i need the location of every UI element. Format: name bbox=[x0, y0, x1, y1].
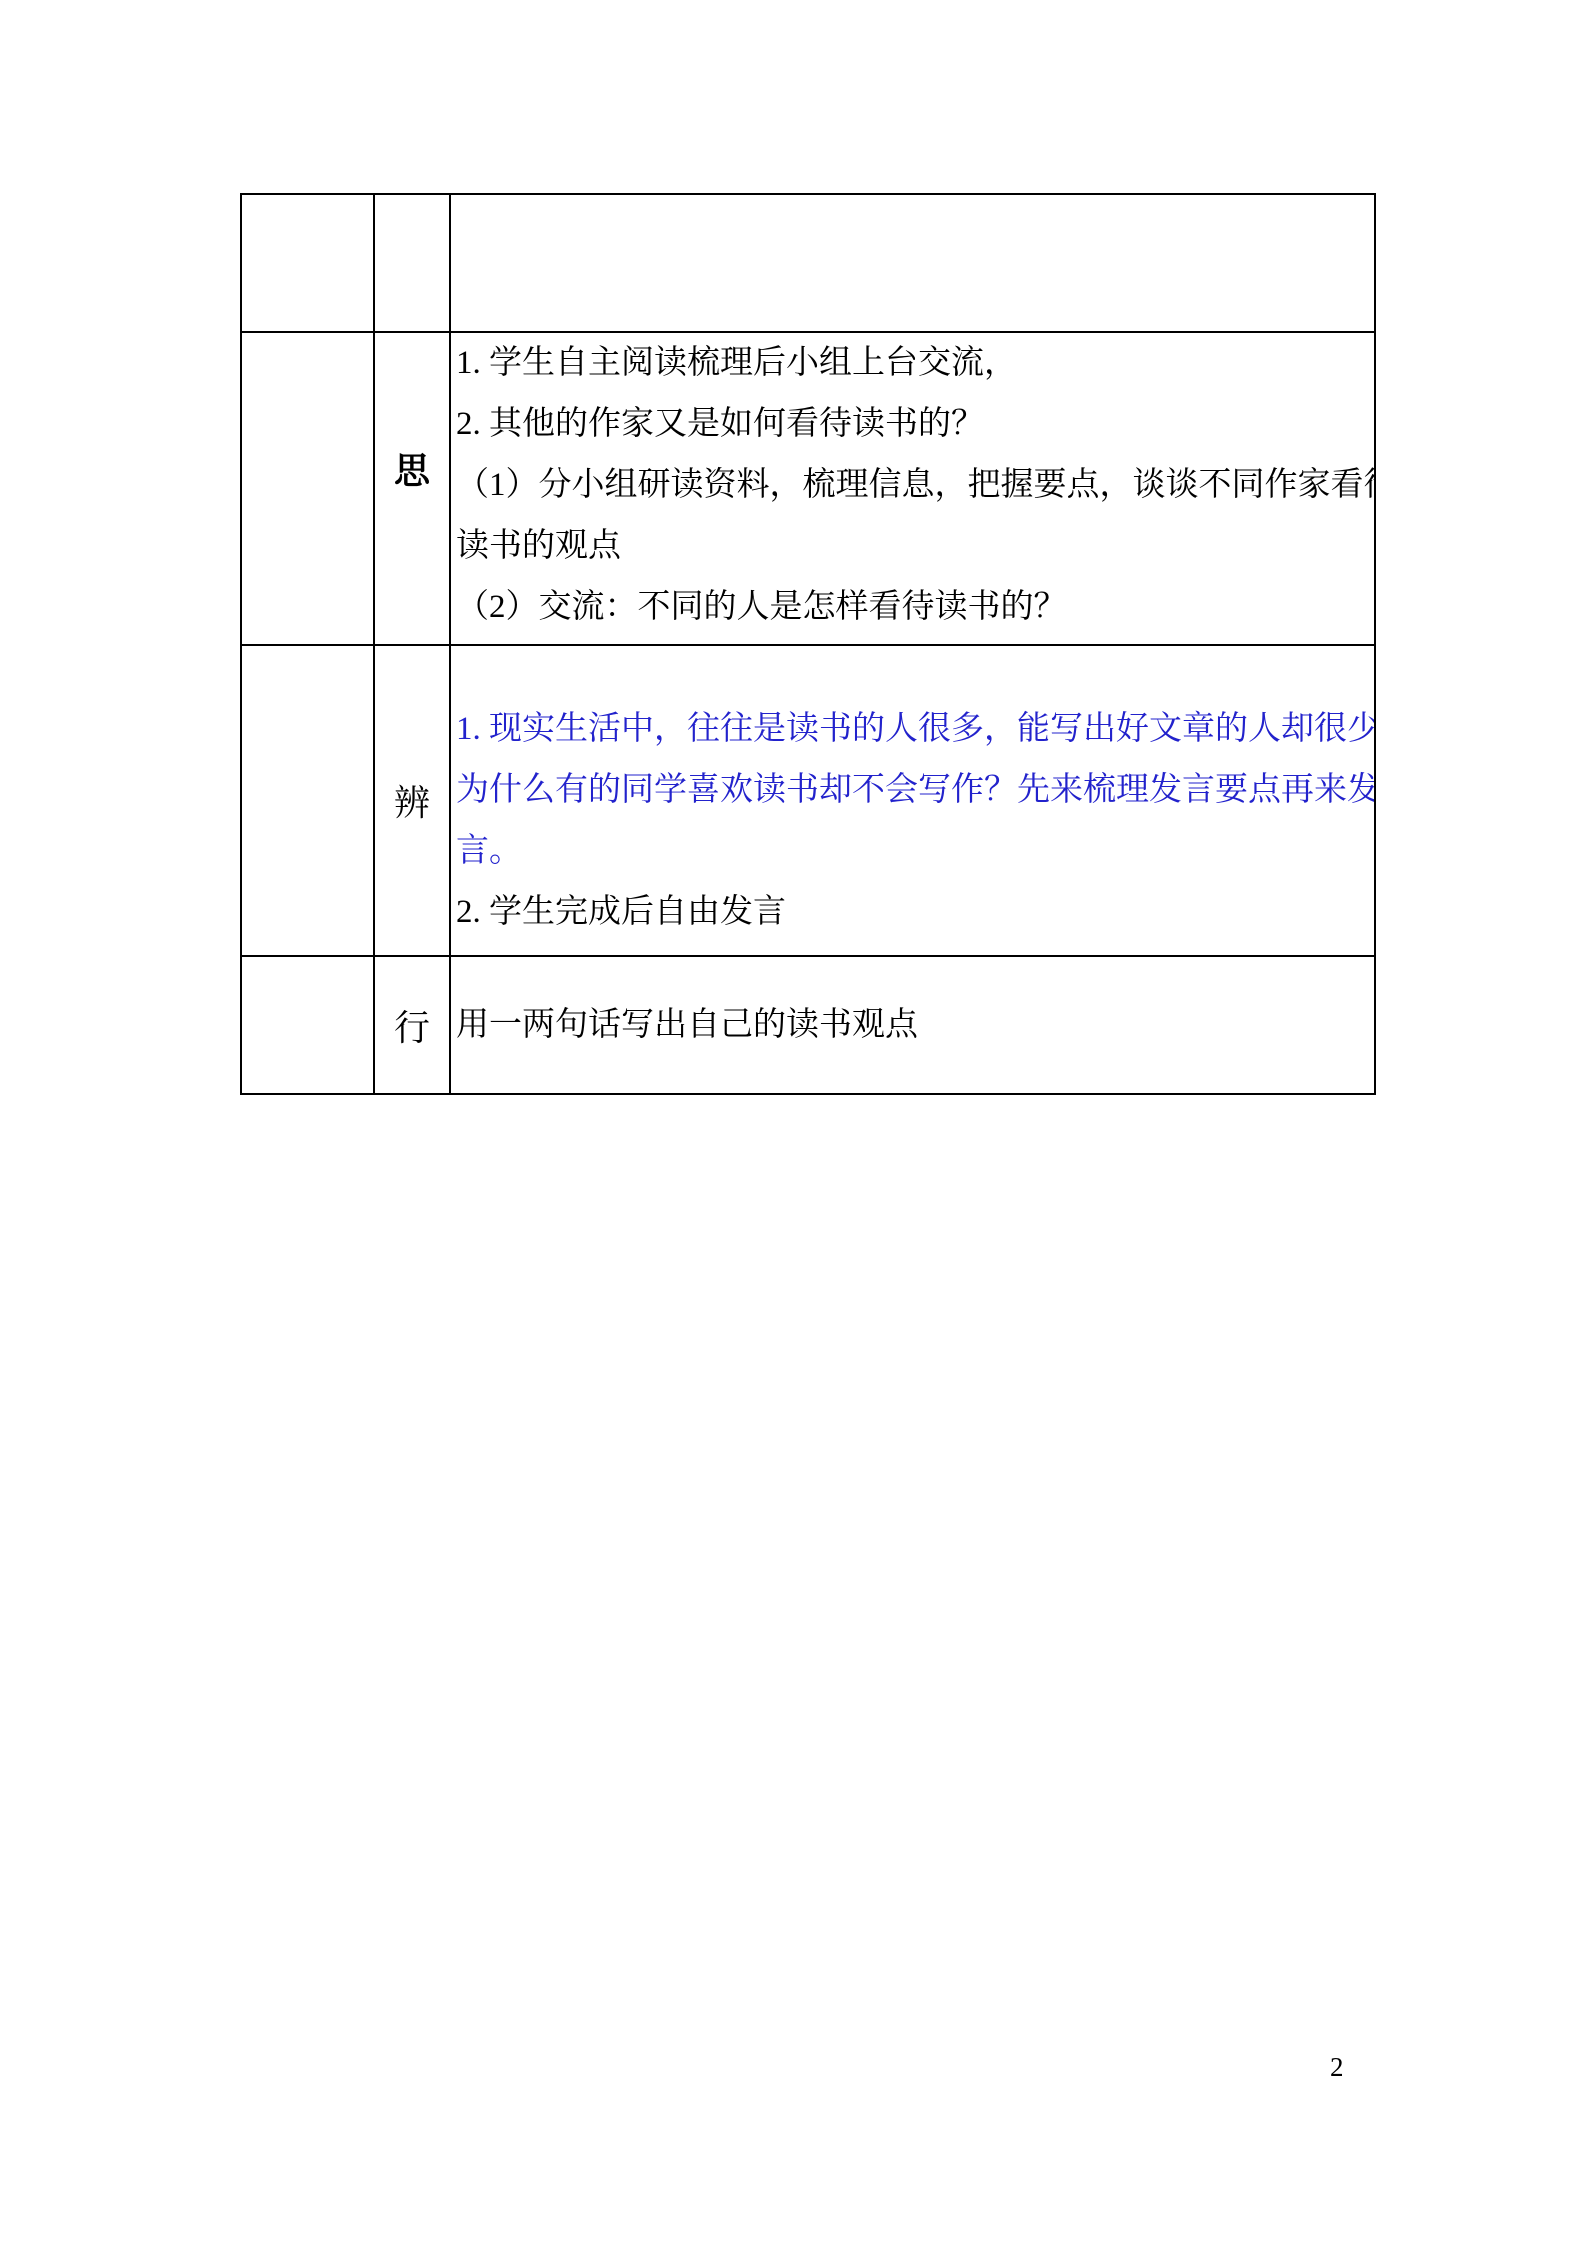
row-label-si-cell: 思 bbox=[375, 333, 451, 646]
page-number: 2 bbox=[1330, 2054, 1344, 2081]
content-line-blue: 为什么有的同学喜欢读书却不会写作？先来梳理发言要点再来发 bbox=[456, 760, 1370, 821]
xing-content-cell: 用一两句话写出自己的读书观点 bbox=[451, 957, 1376, 1095]
content-line: （1）分小组研读资料，梳理信息，把握要点，谈谈不同作家看待 bbox=[456, 455, 1370, 516]
empty-cell bbox=[451, 195, 1376, 333]
row-label-xing-cell: 行 bbox=[375, 957, 451, 1095]
empty-cell bbox=[242, 333, 375, 646]
row-label-si: 思 bbox=[394, 443, 430, 494]
lesson-steps-table: 思 1. 学生自主阅读梳理后小组上台交流， 2. 其他的作家又是如何看待读书的？… bbox=[240, 193, 1376, 1095]
content-line: 读书的观点 bbox=[456, 516, 1370, 577]
content-line: 2. 其他的作家又是如何看待读书的？ bbox=[456, 394, 1370, 455]
row-label-bian-cell: 辨 bbox=[375, 646, 451, 957]
row-label-bian: 辨 bbox=[394, 775, 430, 826]
empty-cell bbox=[242, 195, 375, 333]
content-line-blue: 1. 现实生活中，往往是读书的人很多，能写出好文章的人却很少， bbox=[456, 699, 1370, 760]
content-line: 2. 学生完成后自由发言 bbox=[456, 882, 1370, 943]
content-line: 用一两句话写出自己的读书观点 bbox=[456, 995, 918, 1056]
bian-content-cell: 1. 现实生活中，往往是读书的人很多，能写出好文章的人却很少， 为什么有的同学喜… bbox=[451, 646, 1376, 957]
row-label-xing: 行 bbox=[394, 1000, 430, 1051]
empty-cell bbox=[375, 195, 451, 333]
empty-cell bbox=[242, 957, 375, 1095]
empty-cell bbox=[242, 646, 375, 957]
si-content-cell: 1. 学生自主阅读梳理后小组上台交流， 2. 其他的作家又是如何看待读书的？ （… bbox=[451, 333, 1376, 646]
content-line: （2）交流：不同的人是怎样看待读书的？ bbox=[456, 577, 1370, 638]
document-page: 思 1. 学生自主阅读梳理后小组上台交流， 2. 其他的作家又是如何看待读书的？… bbox=[0, 0, 1587, 2245]
content-line-blue: 言。 bbox=[456, 821, 1370, 882]
content-line: 1. 学生自主阅读梳理后小组上台交流， bbox=[456, 333, 1370, 394]
